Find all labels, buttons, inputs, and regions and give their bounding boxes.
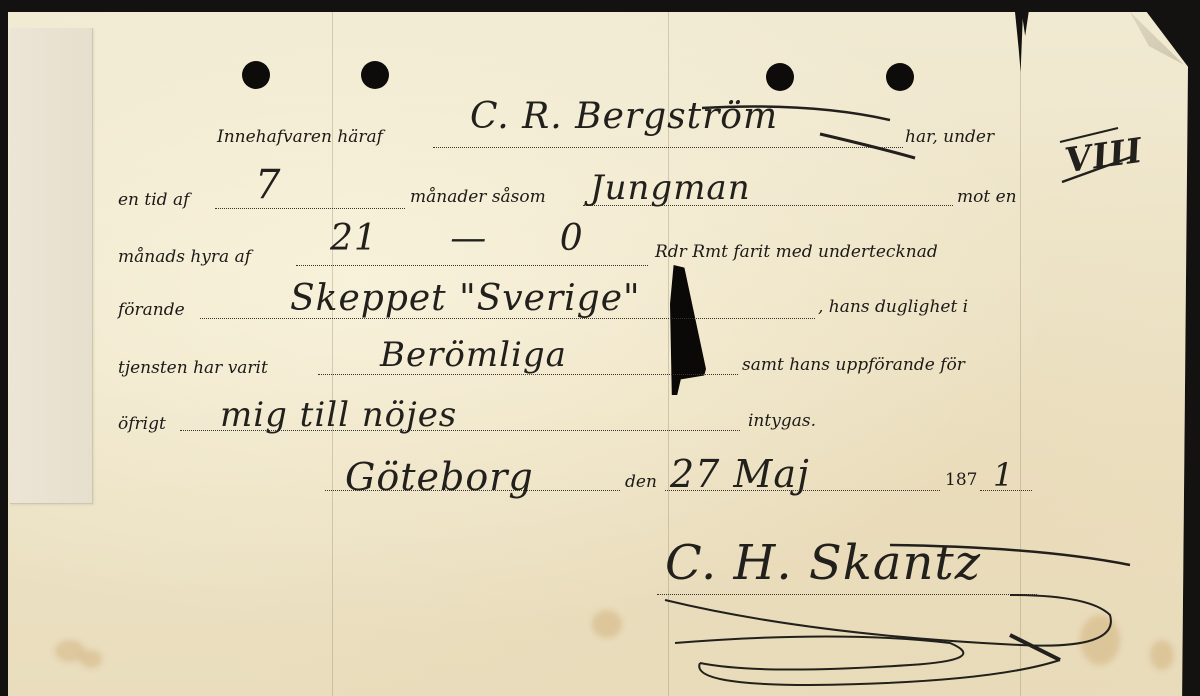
label-holder: Innehafvaren häraf [217, 127, 383, 147]
label-den: den [625, 472, 657, 492]
rank: Jungman [590, 168, 751, 208]
punch-hole [886, 63, 914, 91]
name-flourish [700, 100, 930, 170]
label-monthly-wage: månads hyra af [118, 247, 251, 267]
fill-line [296, 265, 648, 266]
conduct-rating: mig till nöjes [220, 395, 457, 435]
archive-mark-underline [1058, 120, 1138, 200]
year-suffix: 1 [993, 456, 1014, 494]
label-has-under: har, under [905, 127, 994, 147]
label-period: en tid af [118, 190, 189, 210]
label-conduct: samt hans uppförande för [742, 355, 965, 375]
label-service-was: tjensten har varit [118, 358, 268, 378]
punch-hole [242, 61, 270, 89]
ability-rating: Berömliga [380, 335, 567, 375]
signature-flourish [660, 535, 1140, 685]
label-certified: intygas. [748, 411, 816, 431]
stain [80, 650, 102, 668]
punch-hole [766, 63, 794, 91]
overlay-paper-strip [10, 28, 93, 504]
vessel-name: Skeppet "Sverige" [290, 278, 641, 319]
label-currency-sailed: Rdr Rmt farit med undertecknad [655, 242, 938, 262]
stain [1150, 640, 1174, 670]
duration-months: 7 [255, 162, 281, 208]
punch-hole [361, 61, 389, 89]
fold-line [332, 12, 333, 696]
stain [592, 610, 622, 638]
place: Göteborg [345, 455, 534, 499]
label-ability: , hans duglighet i [818, 297, 968, 317]
label-months-as: månader såsom [410, 187, 546, 207]
year-prefix: 187 [945, 470, 977, 490]
label-commanding: förande [118, 300, 185, 320]
label-otherwise: öfrigt [118, 414, 166, 434]
fill-line [215, 208, 405, 209]
label-against-a: mot en [957, 187, 1017, 207]
date: 27 Maj [670, 452, 810, 496]
wage-amount: 21 — 0 [330, 218, 584, 259]
